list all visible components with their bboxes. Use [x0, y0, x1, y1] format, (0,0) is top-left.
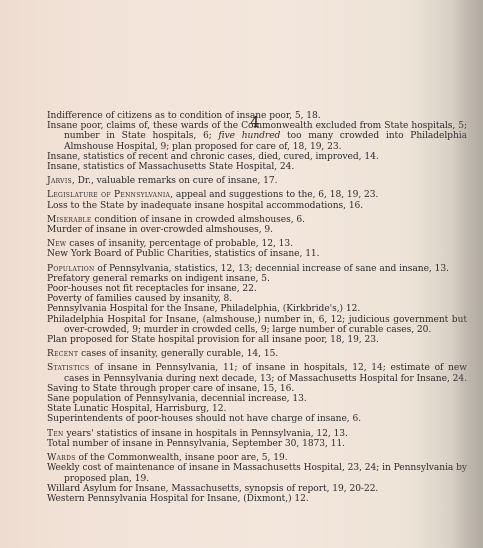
entry-text: Weekly cost of maintenance of insane in … [47, 463, 467, 483]
entry-text: Western Pennsylvania Hospital for Insane… [47, 494, 309, 504]
entry-text: , Dr., valuable remarks on cure of insan… [72, 176, 278, 186]
index-entry: Willard Asylum for Insane, Massachusetts… [47, 484, 467, 494]
index-entry: New York Board of Public Charities, stat… [47, 249, 467, 259]
entry-lead-word: Population [47, 264, 95, 274]
entry-lead-word: Ten [47, 429, 64, 439]
index-entry: Philadelphia Hospital for Insane, (almsh… [47, 315, 467, 335]
entry-italic-text: five hundred [218, 131, 280, 141]
index-group: Ten years' statistics of insane in hospi… [47, 429, 467, 449]
entry-text: Murder of insane in over-crowded almshou… [47, 225, 273, 235]
index-entry: Statistics of insane in Pennsylvania, 11… [47, 363, 467, 383]
entry-text: , appeal and suggestions to the, 6, 18, … [170, 190, 378, 200]
index-entry: Superintendents of poor-houses should no… [47, 414, 467, 424]
entry-text: of the Commonwealth, insane poor are, 5,… [76, 453, 288, 463]
index-entry: Weekly cost of maintenance of insane in … [47, 463, 467, 483]
entry-lead-word: Recent [47, 349, 78, 359]
entry-text: Insane, statistics of recent and chronic… [47, 152, 379, 162]
entry-text: of insane in Pennsylvania, 11; of insane… [64, 363, 467, 383]
index-group: Recent cases of insanity, generally cura… [47, 349, 467, 359]
index-entry: State Lunatic Hospital, Harrisburg, 12. [47, 404, 467, 414]
entry-text: Prefatory general remarks on indigent in… [47, 274, 270, 284]
entry-text: Willard Asylum for Insane, Massachusetts… [47, 484, 378, 494]
entry-text: Saving to State through proper care of i… [47, 384, 294, 394]
index-entry: Wards of the Commonwealth, insane poor a… [47, 453, 467, 463]
index-entry: Pennsylvania Hospital for the Insane, Ph… [47, 304, 467, 314]
index-entry: Loss to the State by inadequate insane h… [47, 201, 467, 211]
index-entry: Recent cases of insanity, generally cura… [47, 349, 467, 359]
index-group: Statistics of insane in Pennsylvania, 11… [47, 363, 467, 424]
entry-lead-word: Statistics [47, 363, 89, 373]
entry-lead-word: Wards [47, 453, 76, 463]
index-group: Legislature of Pennsylvania, appeal and … [47, 190, 467, 210]
entry-lead-word: Legislature of Pennsylvania [47, 190, 170, 200]
entry-text: cases of insanity, generally curable, 14… [78, 349, 278, 359]
index-entry: Plan proposed for State hospital provisi… [47, 335, 467, 345]
index-entry: Insane poor, claims of, these wards of t… [47, 121, 467, 152]
index-group: Wards of the Commonwealth, insane poor a… [47, 453, 467, 504]
index-entry: New cases of insanity, percentage of pro… [47, 239, 467, 249]
entry-text: Superintendents of poor-houses should no… [47, 414, 361, 424]
entry-text: Plan proposed for State hospital provisi… [47, 335, 379, 345]
entry-text: Pennsylvania Hospital for the Insane, Ph… [47, 304, 360, 314]
index-group: Jarvis, Dr., valuable remarks on cure of… [47, 176, 467, 186]
index-entry: Prefatory general remarks on indigent in… [47, 274, 467, 284]
entry-text: State Lunatic Hospital, Harrisburg, 12. [47, 404, 226, 414]
index-entry: Murder of insane in over-crowded almshou… [47, 225, 467, 235]
index-entry: Poverty of families caused by insanity, … [47, 294, 467, 304]
entry-text: Poverty of families caused by insanity, … [47, 294, 232, 304]
index-group: New cases of insanity, percentage of pro… [47, 239, 467, 259]
entry-text: Philadelphia Hospital for Insane, (almsh… [47, 315, 467, 335]
index-group: Population of Pennsylvania, statistics, … [47, 264, 467, 346]
index-group: Miserable condition of insane in crowded… [47, 215, 467, 235]
index-entry: Sane population of Pennsylvania, decenni… [47, 394, 467, 404]
index-group: Indifference of citizens as to condition… [47, 111, 467, 172]
index-list: Indifference of citizens as to condition… [47, 111, 467, 508]
index-entry: Poor-houses not fit receptacles for insa… [47, 284, 467, 294]
index-entry: Miserable condition of insane in crowded… [47, 215, 467, 225]
entry-lead-word: Jarvis [47, 176, 72, 186]
entry-text: New York Board of Public Charities, stat… [47, 249, 320, 259]
entry-text: Total number of insane in Pennsylvania, … [47, 439, 345, 449]
entry-text: Sane population of Pennsylvania, decenni… [47, 394, 307, 404]
index-entry: Western Pennsylvania Hospital for Insane… [47, 494, 467, 504]
index-entry: Indifference of citizens as to condition… [47, 111, 467, 121]
index-entry: Total number of insane in Pennsylvania, … [47, 439, 467, 449]
entry-text: condition of insane in crowded almshouse… [92, 215, 306, 225]
index-entry: Insane, statistics of Massachusetts Stat… [47, 162, 467, 172]
index-entry: Jarvis, Dr., valuable remarks on cure of… [47, 176, 467, 186]
entry-lead-word: New [47, 239, 66, 249]
entry-text: Insane, statistics of Massachusetts Stat… [47, 162, 294, 172]
entry-text: of Pennsylvania, statistics, 12, 13; dec… [95, 264, 449, 274]
entry-lead-word: Miserable [47, 215, 92, 225]
index-entry: Saving to State through proper care of i… [47, 384, 467, 394]
entry-text: Poor-houses not fit receptacles for insa… [47, 284, 257, 294]
entry-text: Indifference of citizens as to condition… [47, 111, 321, 121]
index-entry: Legislature of Pennsylvania, appeal and … [47, 190, 467, 200]
entry-text: Loss to the State by inadequate insane h… [47, 201, 363, 211]
index-entry: Insane, statistics of recent and chronic… [47, 152, 467, 162]
entry-text: years' statistics of insane in hospitals… [64, 429, 348, 439]
entry-text: cases of insanity, percentage of probabl… [66, 239, 293, 249]
index-entry: Population of Pennsylvania, statistics, … [47, 264, 467, 274]
index-entry: Ten years' statistics of insane in hospi… [47, 429, 467, 439]
